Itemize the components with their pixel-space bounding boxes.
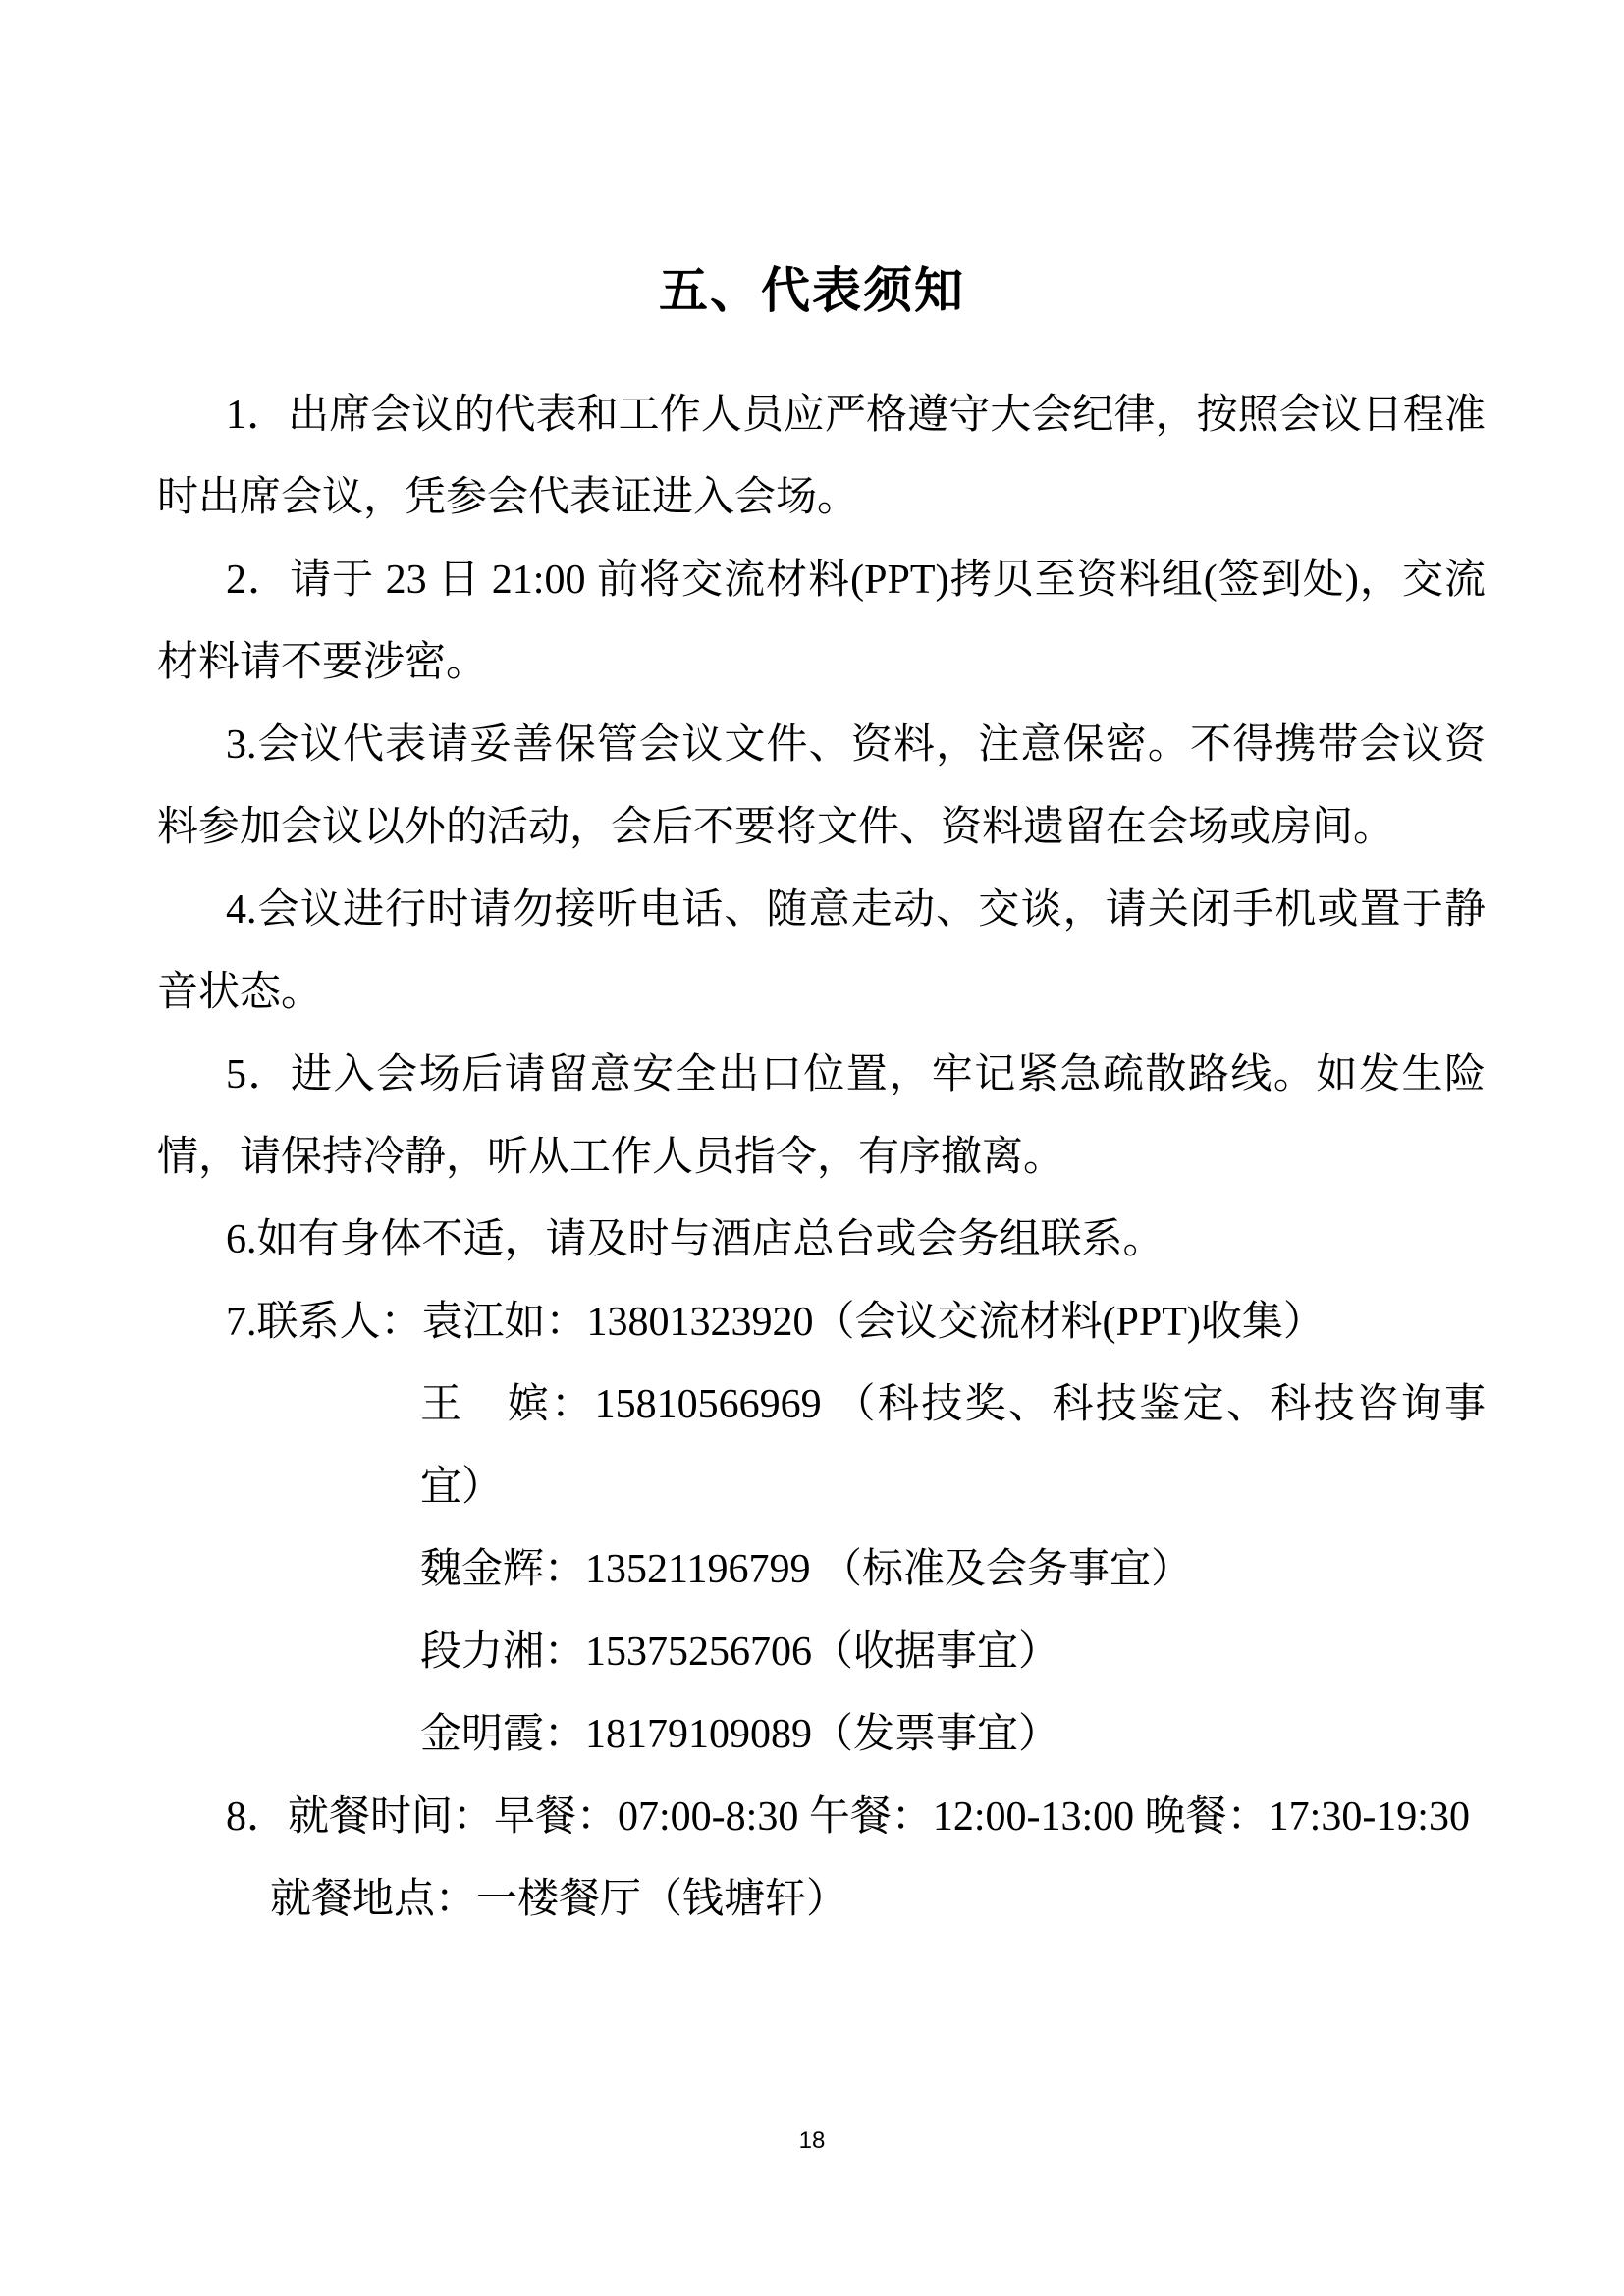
contact-line: 段力湘：15375256706（收据事宜） [157,1611,1486,1693]
notice-item-8: 8．就餐时间：早餐：07:00-8:30 午餐：12:00-13:00 晚餐：1… [157,1776,1486,1858]
dining-location: 就餐地点：一楼餐厅（钱塘轩） [157,1858,1486,1941]
notice-item-3: 3.会议代表请妥善保管会议文件、资料，注意保密。不得携带会议资料参加会议以外的活… [157,704,1486,869]
notice-item-4: 4.会议进行时请勿接听电话、随意走动、交谈，请关闭手机或置于静音状态。 [157,869,1486,1034]
notices-list: 1．出席会议的代表和工作人员应严格遵守大会纪律，按照会议日程准时出席会议，凭参会… [157,374,1486,1941]
notice-item-6: 6.如有身体不适，请及时与酒店总台或会务组联系。 [157,1199,1486,1281]
page-number: 18 [0,2125,1624,2157]
page-title: 五、代表须知 [0,0,1624,323]
document-page: 五、代表须知 1．出席会议的代表和工作人员应严格遵守大会纪律，按照会议日程准时出… [0,0,1624,2296]
contact-line: 金明霞：18179109089（发票事宜） [157,1693,1486,1776]
contact-line: 王 嫔：15810566969 （科技奖、科技鉴定、科技咨询事宜） [157,1363,1486,1528]
notice-item-7: 7.联系人：袁江如：13801323920（会议交流材料(PPT)收集） [157,1281,1486,1363]
contact-line: 魏金辉：13521196799 （标准及会务事宜） [157,1528,1486,1611]
notice-item-2: 2．请于 23 日 21:00 前将交流材料(PPT)拷贝至资料组(签到处)，交… [157,539,1486,704]
contact-line: 袁江如：13801323920（会议交流材料(PPT)收集） [422,1300,1325,1345]
notice-item-5: 5．进入会场后请留意安全出口位置，牢记紧急疏散路线。如发生险情，请保持冷静，听从… [157,1034,1486,1199]
contacts-label: 7.联系人： [226,1300,422,1345]
notice-item-1: 1．出席会议的代表和工作人员应严格遵守大会纪律，按照会议日程准时出席会议，凭参会… [157,374,1486,539]
